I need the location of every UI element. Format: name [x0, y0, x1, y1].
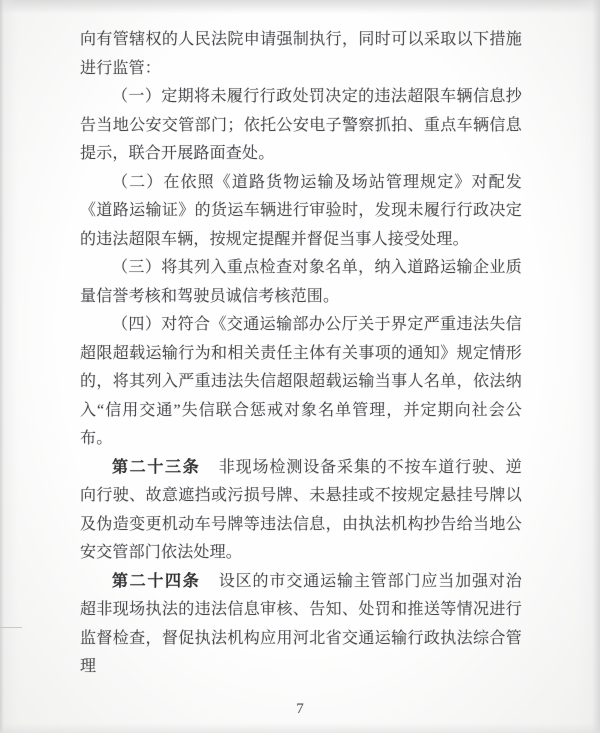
paragraph: 第二十四条设区的市交通运输主管部门应当加强对治超非现场执法的违法信息审核、告知、… [80, 568, 522, 682]
paragraph: （三）将其列入重点检查对象名单，纳入道路运输企业质量信誉考核和驾驶员诚信考核范围… [80, 254, 522, 311]
scan-artifact-line [0, 627, 22, 628]
paragraph-text: 向有管辖权的人民法院申请强制执行，同时可以采取以下措施进行监管： [80, 31, 522, 77]
page-number: 7 [0, 701, 600, 718]
scan-edge-top [0, 0, 600, 14]
paragraph-text: （一）定期将未履行行政处罚决定的违法超限车辆信息抄告当地公安交管部门；依托公安电… [80, 88, 522, 162]
paragraph: 第二十三条非现场检测设备采集的不按车道行驶、逆向行驶、故意遮挡或污损号牌、未悬挂… [80, 454, 522, 568]
scan-edge-bottom [0, 723, 600, 733]
paragraph: （一）定期将未履行行政处罚决定的违法超限车辆信息抄告当地公安交管部门；依托公安电… [80, 83, 522, 169]
paragraph: （四）对符合《交通运输部办公厅关于界定严重违法失信超限超载运输行为和相关责任主体… [80, 311, 522, 454]
document-page: 向有管辖权的人民法院申请强制执行，同时可以采取以下措施进行监管： （一）定期将未… [0, 0, 600, 733]
scan-edge-right [576, 0, 600, 733]
paragraph: 向有管辖权的人民法院申请强制执行，同时可以采取以下措施进行监管： [80, 26, 522, 83]
paragraph-text: （三）将其列入重点检查对象名单，纳入道路运输企业质量信誉考核和驾驶员诚信考核范围… [80, 259, 522, 305]
document-body-text: 向有管辖权的人民法院申请强制执行，同时可以采取以下措施进行监管： （一）定期将未… [80, 26, 522, 682]
scan-edge-left [0, 0, 18, 733]
paragraph-text: （二）在依照《道路货物运输及场站管理规定》对配发《道路运输证》的货运车辆进行审验… [80, 174, 522, 248]
article-number: 第二十三条 [112, 459, 200, 476]
article-number: 第二十四条 [112, 573, 200, 590]
paragraph: （二）在依照《道路货物运输及场站管理规定》对配发《道路运输证》的货运车辆进行审验… [80, 169, 522, 255]
paragraph-text: （四）对符合《交通运输部办公厅关于界定严重违法失信超限超载运输行为和相关责任主体… [80, 316, 522, 447]
